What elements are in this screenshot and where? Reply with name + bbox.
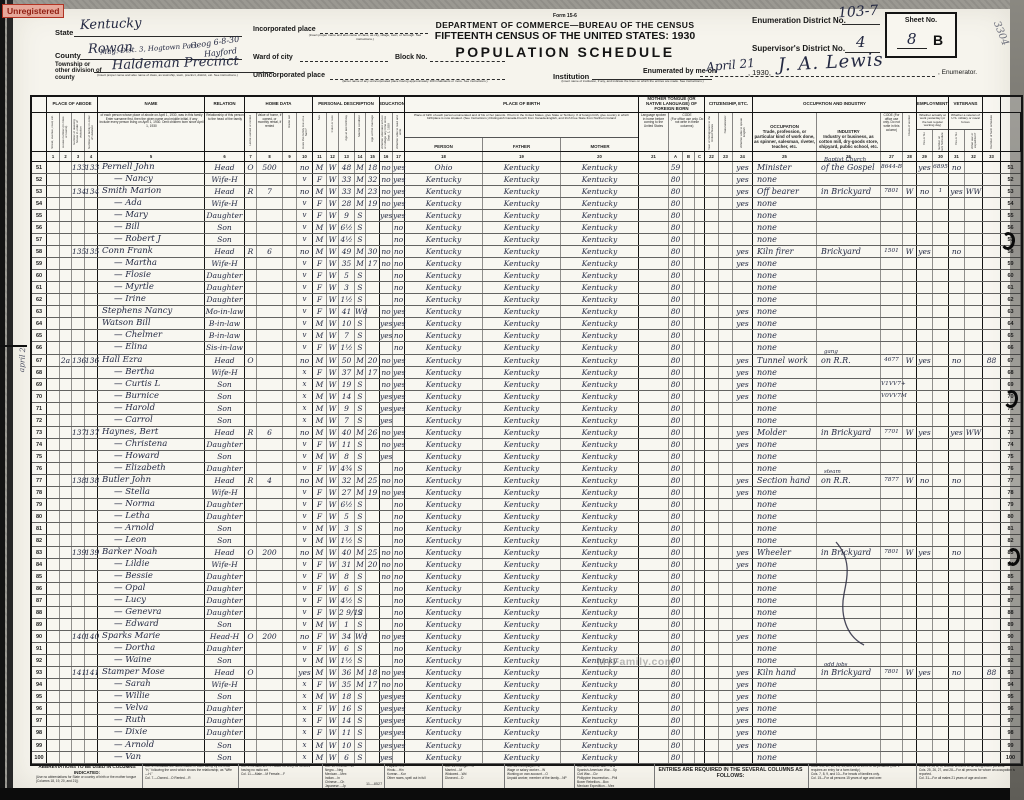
cell-fa: v	[297, 210, 313, 221]
cell-lg	[639, 631, 669, 642]
cell-am: 18	[366, 162, 380, 173]
footer-block: Cols. 21, A, B, C, and 22 to 24—For all …	[916, 764, 1024, 788]
cell-fs	[983, 535, 1001, 546]
cell-sc: yes	[380, 415, 393, 426]
cell-c23	[719, 752, 733, 763]
cell-ag: 35	[339, 258, 355, 269]
cell-name: — Van	[98, 752, 205, 763]
cell-fa: v	[297, 619, 313, 630]
cell-el	[933, 559, 949, 570]
cell-hn	[60, 415, 72, 426]
cell-ey: yes	[917, 246, 933, 257]
cell-cw	[903, 571, 917, 582]
table-row: 83139139Barker NoahHeadO200noMW40M25nono…	[32, 547, 1021, 559]
cell-c22	[705, 367, 719, 378]
cell-bm: Kentucky	[561, 439, 639, 450]
col-header-ocd: CODE (For office use only. Do not write …	[881, 113, 903, 151]
table-row: 64Watson BillB-in-lawvMW10SyesyesKentuck…	[32, 318, 1021, 330]
cell-am	[366, 715, 380, 726]
cell-bf: Kentucky	[483, 715, 561, 726]
cell-own	[245, 655, 257, 666]
cell-oc: none	[753, 415, 817, 426]
cell-ind	[817, 294, 881, 305]
cell-vw	[965, 619, 983, 630]
cell-ind: steamon R.R.	[817, 475, 881, 486]
cell-ocd	[881, 679, 903, 690]
cell-fa: v	[297, 318, 313, 329]
cell-hn	[60, 667, 72, 678]
col-number-rel: 6	[205, 152, 245, 161]
cell-cc	[695, 198, 705, 209]
cell-ln1: 85	[32, 571, 47, 582]
cell-c23	[719, 631, 733, 642]
cell-ey	[917, 270, 933, 281]
cell-name: — Bessie	[98, 571, 205, 582]
cell-ln2: 94	[1001, 679, 1021, 690]
table-row: 91— DorthaDaughtervFW6SnoKentuckyKentuck…	[32, 643, 1021, 655]
cell-own: O	[245, 355, 257, 366]
col-number-cb: B	[683, 152, 695, 161]
cell-bm: Kentucky	[561, 379, 639, 390]
cell-cc	[695, 451, 705, 462]
cell-ln1: 62	[32, 294, 47, 305]
cell-c23	[719, 246, 733, 257]
cell-rel: Daughter	[205, 499, 245, 510]
cell-rel: Head	[205, 547, 245, 558]
cell-ca: 80	[669, 403, 683, 414]
table-row: 69— Curtis LSonxMW19SnoyesKentuckyKentuc…	[32, 379, 1021, 391]
cell-el	[933, 258, 949, 269]
cell-ind	[817, 535, 881, 546]
cell-dw	[72, 535, 85, 546]
cell-fa: x	[297, 679, 313, 690]
cell-am	[366, 234, 380, 245]
cell-rad	[283, 691, 297, 702]
col-number-vw: 32	[965, 152, 983, 161]
cell-ca: 80	[669, 391, 683, 402]
col-header-lg: Language spoken in home before coming to…	[639, 113, 669, 151]
cell-rw	[393, 415, 405, 426]
col-header-c23: Naturalization	[719, 113, 733, 151]
cell-c22	[705, 234, 719, 245]
cell-bm: Kentucky	[561, 511, 639, 522]
cell-hn	[60, 439, 72, 450]
cell-bm: Kentucky	[561, 174, 639, 185]
cell-vw	[965, 330, 983, 341]
cell-own: R	[245, 427, 257, 438]
cell-rel: Son	[205, 655, 245, 666]
cell-sx: M	[313, 415, 327, 426]
cell-en: yes	[733, 740, 753, 751]
cell-fa: v	[297, 595, 313, 606]
cell-en: yes	[733, 258, 753, 269]
cell-vw	[965, 174, 983, 185]
col-number-rad: 9	[283, 152, 297, 161]
cell-en	[733, 234, 753, 245]
cell-name: — Ada	[98, 198, 205, 209]
cell-ln2: 87	[1001, 595, 1021, 606]
footer-block-title: ENTRIES ARE REQUIRED IN THE SEVERAL COLU…	[657, 764, 804, 779]
cell-val	[257, 415, 283, 426]
col-group-home-data: HOME DATA	[245, 97, 313, 112]
cell-name: — Harold	[98, 403, 205, 414]
cell-val	[257, 715, 283, 726]
cell-ms: S	[355, 607, 366, 618]
cell-fs	[983, 499, 1001, 510]
cell-cw	[903, 727, 917, 738]
cell-ms: S	[355, 691, 366, 702]
cell-vw	[965, 246, 983, 257]
cell-fs	[983, 715, 1001, 726]
cell-el	[933, 451, 949, 462]
table-row: 56— BillSonvMW6½SnoKentuckyKentuckyKentu…	[32, 222, 1021, 234]
cell-ind	[817, 367, 881, 378]
cell-c23	[719, 391, 733, 402]
cell-ca: 80	[669, 463, 683, 474]
cell-lg	[639, 415, 669, 426]
cell-val	[257, 740, 283, 751]
cell-ag: 5	[339, 511, 355, 522]
cell-ln2: 61	[1001, 282, 1021, 293]
cell-fa: v	[297, 523, 313, 534]
cell-hn	[60, 427, 72, 438]
cell-st	[47, 535, 60, 546]
cell-cl: W	[327, 294, 339, 305]
col-group-veterans: VETERANS	[949, 97, 983, 112]
cell-rad	[283, 752, 297, 763]
cell-ln2: 78	[1001, 487, 1021, 498]
cell-el	[933, 715, 949, 726]
cell-bp: Kentucky	[405, 715, 483, 726]
cell-cb	[683, 607, 695, 618]
cell-cb	[683, 667, 695, 678]
cell-name: — Willie	[98, 691, 205, 702]
cell-bp: Kentucky	[405, 451, 483, 462]
cell-ind	[817, 379, 881, 390]
cell-rw: yes	[393, 703, 405, 714]
cell-fm	[85, 342, 98, 353]
cell-lg	[639, 619, 669, 630]
cell-name: — Dortha	[98, 643, 205, 654]
footer-line: Col. 31—For all males 21 years of age an…	[919, 776, 1024, 780]
cell-cw	[903, 330, 917, 341]
cell-val	[257, 210, 283, 221]
cell-vy	[949, 367, 965, 378]
cell-fs	[983, 162, 1001, 173]
cell-am	[366, 379, 380, 390]
cell-ocd	[881, 198, 903, 209]
table-row: 98— DixieDaughterxFW11SyesyesKentuckyKen…	[32, 727, 1021, 739]
cell-el	[933, 703, 949, 714]
cell-bp: Kentucky	[405, 210, 483, 221]
cell-bp: Kentucky	[405, 186, 483, 197]
cell-sx: F	[313, 715, 327, 726]
cell-ag: 10	[339, 740, 355, 751]
cell-vy	[949, 258, 965, 269]
cell-ms: S	[355, 403, 366, 414]
cell-name: Pernell John	[98, 162, 205, 173]
cell-dw	[72, 258, 85, 269]
cell-ln2: 76	[1001, 463, 1021, 474]
cell-bf: Kentucky	[483, 367, 561, 378]
cell-cw	[903, 703, 917, 714]
cell-val	[257, 487, 283, 498]
col-number-oc: 25	[753, 152, 817, 161]
cell-ey	[917, 715, 933, 726]
cell-oc: none	[753, 740, 817, 751]
cell-dw	[72, 294, 85, 305]
cell-bm: Kentucky	[561, 342, 639, 353]
cell-sx: F	[313, 631, 327, 642]
column-group-band: PLACE OF ABODENAMERELATIONHOME DATAPERSO…	[32, 97, 1021, 113]
cell-hn	[60, 559, 72, 570]
cell-c22	[705, 752, 719, 763]
cell-c22	[705, 511, 719, 522]
cell-cw	[903, 523, 917, 534]
col-header-bm: MOTHER	[561, 138, 639, 151]
cell-c23	[719, 330, 733, 341]
cell-own	[245, 607, 257, 618]
cell-ms: M	[355, 427, 366, 438]
cell-cl: W	[327, 342, 339, 353]
cell-own	[245, 415, 257, 426]
cell-bf: Kentucky	[483, 691, 561, 702]
cell-hn	[60, 463, 72, 474]
cell-dw	[72, 222, 85, 233]
cell-fa: v	[297, 571, 313, 582]
col-header-text: Year of immigration to the United States	[708, 115, 714, 150]
cell-bf: Kentucky	[483, 222, 561, 233]
cell-ag: 33	[339, 186, 355, 197]
cell-cb	[683, 367, 695, 378]
cell-hn	[60, 475, 72, 486]
cell-own	[245, 595, 257, 606]
cell-ey	[917, 499, 933, 510]
cell-sc	[380, 463, 393, 474]
col-header-text: Radio set	[288, 115, 291, 128]
cell-c23	[719, 679, 733, 690]
cell-name: — Elizabeth	[98, 463, 205, 474]
cell-ca: 80	[669, 318, 683, 329]
cell-am	[366, 499, 380, 510]
cell-fs	[983, 439, 1001, 450]
cell-ey	[917, 727, 933, 738]
cell-own	[245, 367, 257, 378]
cell-fs	[983, 391, 1001, 402]
cell-ms: S	[355, 523, 366, 534]
cell-st	[47, 403, 60, 414]
cell-en	[733, 511, 753, 522]
cell-vw	[965, 379, 983, 390]
cell-oc: none	[753, 306, 817, 317]
table-row: 57— Robert JSonvMW4½SnoKentuckyKentuckyK…	[32, 234, 1021, 246]
cell-oc: Tunnel work	[753, 355, 817, 366]
cell-ocd	[881, 318, 903, 329]
cell-c23	[719, 667, 733, 678]
cell-vw	[965, 511, 983, 522]
cell-rad	[283, 559, 297, 570]
cell-val	[257, 222, 283, 233]
cell-en: yes	[733, 703, 753, 714]
cell-bm: Kentucky	[561, 559, 639, 570]
cell-ocd	[881, 487, 903, 498]
cell-en: yes	[733, 631, 753, 642]
cell-am	[366, 607, 380, 618]
cell-ln1: 60	[32, 270, 47, 281]
cell-vw	[965, 559, 983, 570]
cell-sc	[380, 282, 393, 293]
cell-own	[245, 403, 257, 414]
table-row: 66— ElinaSis-in-lawvFW1½SnoKentuckyKentu…	[32, 342, 1021, 354]
cell-en: yes	[733, 439, 753, 450]
cell-fs	[983, 198, 1001, 209]
cell-ln2: 80	[1001, 511, 1021, 522]
col-group-name: NAME	[98, 97, 205, 112]
cell-bf: Kentucky	[483, 415, 561, 426]
cell-fa: x	[297, 740, 313, 751]
cell-fm: 134	[85, 186, 98, 197]
cell-sx: F	[313, 367, 327, 378]
cell-bf: Kentucky	[483, 631, 561, 642]
cell-cc	[695, 740, 705, 751]
cell-name: — Elina	[98, 342, 205, 353]
cell-en: yes	[733, 162, 753, 173]
cell-sx: F	[313, 511, 327, 522]
cell-ocd: 7877	[881, 475, 903, 486]
cell-cc	[695, 547, 705, 558]
cell-st	[47, 234, 60, 245]
footer-block: Filipino....FilHindu....HinKorean....Kor…	[384, 764, 438, 788]
cell-cw	[903, 403, 917, 414]
cell-el	[933, 595, 949, 606]
cell-am: 19	[366, 198, 380, 209]
cell-val	[257, 727, 283, 738]
scan-edge-bottom	[0, 788, 1024, 800]
cell-hn	[60, 740, 72, 751]
cell-cc	[695, 703, 705, 714]
cell-ey	[917, 523, 933, 534]
cell-cc	[695, 222, 705, 233]
cell-ind: in Brickyard	[817, 186, 881, 197]
cell-am	[366, 619, 380, 630]
cell-sx: M	[313, 523, 327, 534]
cell-ey: yes	[917, 162, 933, 173]
cell-dw: 137	[72, 427, 85, 438]
cell-el	[933, 270, 949, 281]
cell-fs	[983, 246, 1001, 257]
cell-bp: Kentucky	[405, 487, 483, 498]
table-row: 63Stephens NancyMo-in-lawvFW41WdnoyesKen…	[32, 306, 1021, 318]
cell-ind	[817, 559, 881, 570]
cell-sc: no	[380, 559, 393, 570]
cell-ey	[917, 740, 933, 751]
cell-dw	[72, 439, 85, 450]
cell-vw	[965, 487, 983, 498]
col-header-cells: Yes or NoWhat war or expedition?	[949, 130, 982, 151]
cell-ind	[817, 403, 881, 414]
cell-sx: F	[313, 703, 327, 714]
cell-cl: W	[327, 222, 339, 233]
cell-hn	[60, 643, 72, 654]
cell-ln2: 85	[1001, 571, 1021, 582]
cell-c22	[705, 330, 719, 341]
col-header-group: Language spoken in home before coming to…	[639, 113, 705, 151]
cell-sx: F	[313, 282, 327, 293]
cell-dw	[72, 655, 85, 666]
cell-val	[257, 607, 283, 618]
cell-oc: Off bearer	[753, 186, 817, 197]
footer-line: Unpaid worker, member of the family....N…	[507, 776, 570, 780]
form-number: Form 15-6	[500, 13, 630, 19]
cell-c23	[719, 403, 733, 414]
cell-lg	[639, 270, 669, 281]
cell-rad	[283, 583, 297, 594]
cell-rw: no	[393, 547, 405, 558]
cell-ocd	[881, 222, 903, 233]
cell-sx: M	[313, 355, 327, 366]
col-header-cells	[1001, 113, 1020, 151]
cell-own	[245, 379, 257, 390]
cell-ca: 80	[669, 234, 683, 245]
cell-st	[47, 439, 60, 450]
cell-lg	[639, 439, 669, 450]
table-row: 88— GenevraDaughtervFW2 9/12SnoKentuckyK…	[32, 607, 1021, 619]
cell-el	[933, 475, 949, 486]
cell-bm: Kentucky	[561, 463, 639, 474]
cell-am	[366, 643, 380, 654]
cell-oc: none	[753, 752, 817, 763]
cell-c23	[719, 342, 733, 353]
cell-sx: F	[313, 294, 327, 305]
cell-fa: v	[297, 174, 313, 185]
cell-c23	[719, 258, 733, 269]
cell-am: 17	[366, 367, 380, 378]
cell-bp: Kentucky	[405, 655, 483, 666]
cell-fa: v	[297, 330, 313, 341]
cell-cl: W	[327, 715, 339, 726]
cell-rel: Head	[205, 186, 245, 197]
cell-ca: 80	[669, 727, 683, 738]
cell-ln1: 78	[32, 487, 47, 498]
cell-rel: Head-H	[205, 631, 245, 642]
cell-ocd	[881, 330, 903, 341]
cell-hn	[60, 451, 72, 462]
col-number-cw: 28	[903, 152, 917, 161]
cell-cc	[695, 571, 705, 582]
cell-cl: W	[327, 234, 339, 245]
cell-cb	[683, 523, 695, 534]
cell-el	[933, 571, 949, 582]
cell-ag: 7	[339, 415, 355, 426]
table-body: 51133133Pernell JohnHeadO500noMW48M18noy…	[32, 162, 1021, 764]
cell-fs	[983, 583, 1001, 594]
cell-sc	[380, 270, 393, 281]
cell-cc	[695, 595, 705, 606]
cell-vy	[949, 330, 965, 341]
cell-sc	[380, 511, 393, 522]
cell-c22	[705, 631, 719, 642]
cell-val	[257, 523, 283, 534]
cell-ey	[917, 619, 933, 630]
cell-fm	[85, 174, 98, 185]
cell-rad	[283, 619, 297, 630]
col-group-mother-tongue-or-native-language-of-foreign-born: MOTHER TONGUE (OR NATIVE LANGUAGE) OF FO…	[639, 97, 705, 112]
cell-rw	[393, 752, 405, 763]
cell-rw: no	[393, 330, 405, 341]
cell-fm	[85, 451, 98, 462]
cell-ey	[917, 294, 933, 305]
cell-bm: Kentucky	[561, 595, 639, 606]
